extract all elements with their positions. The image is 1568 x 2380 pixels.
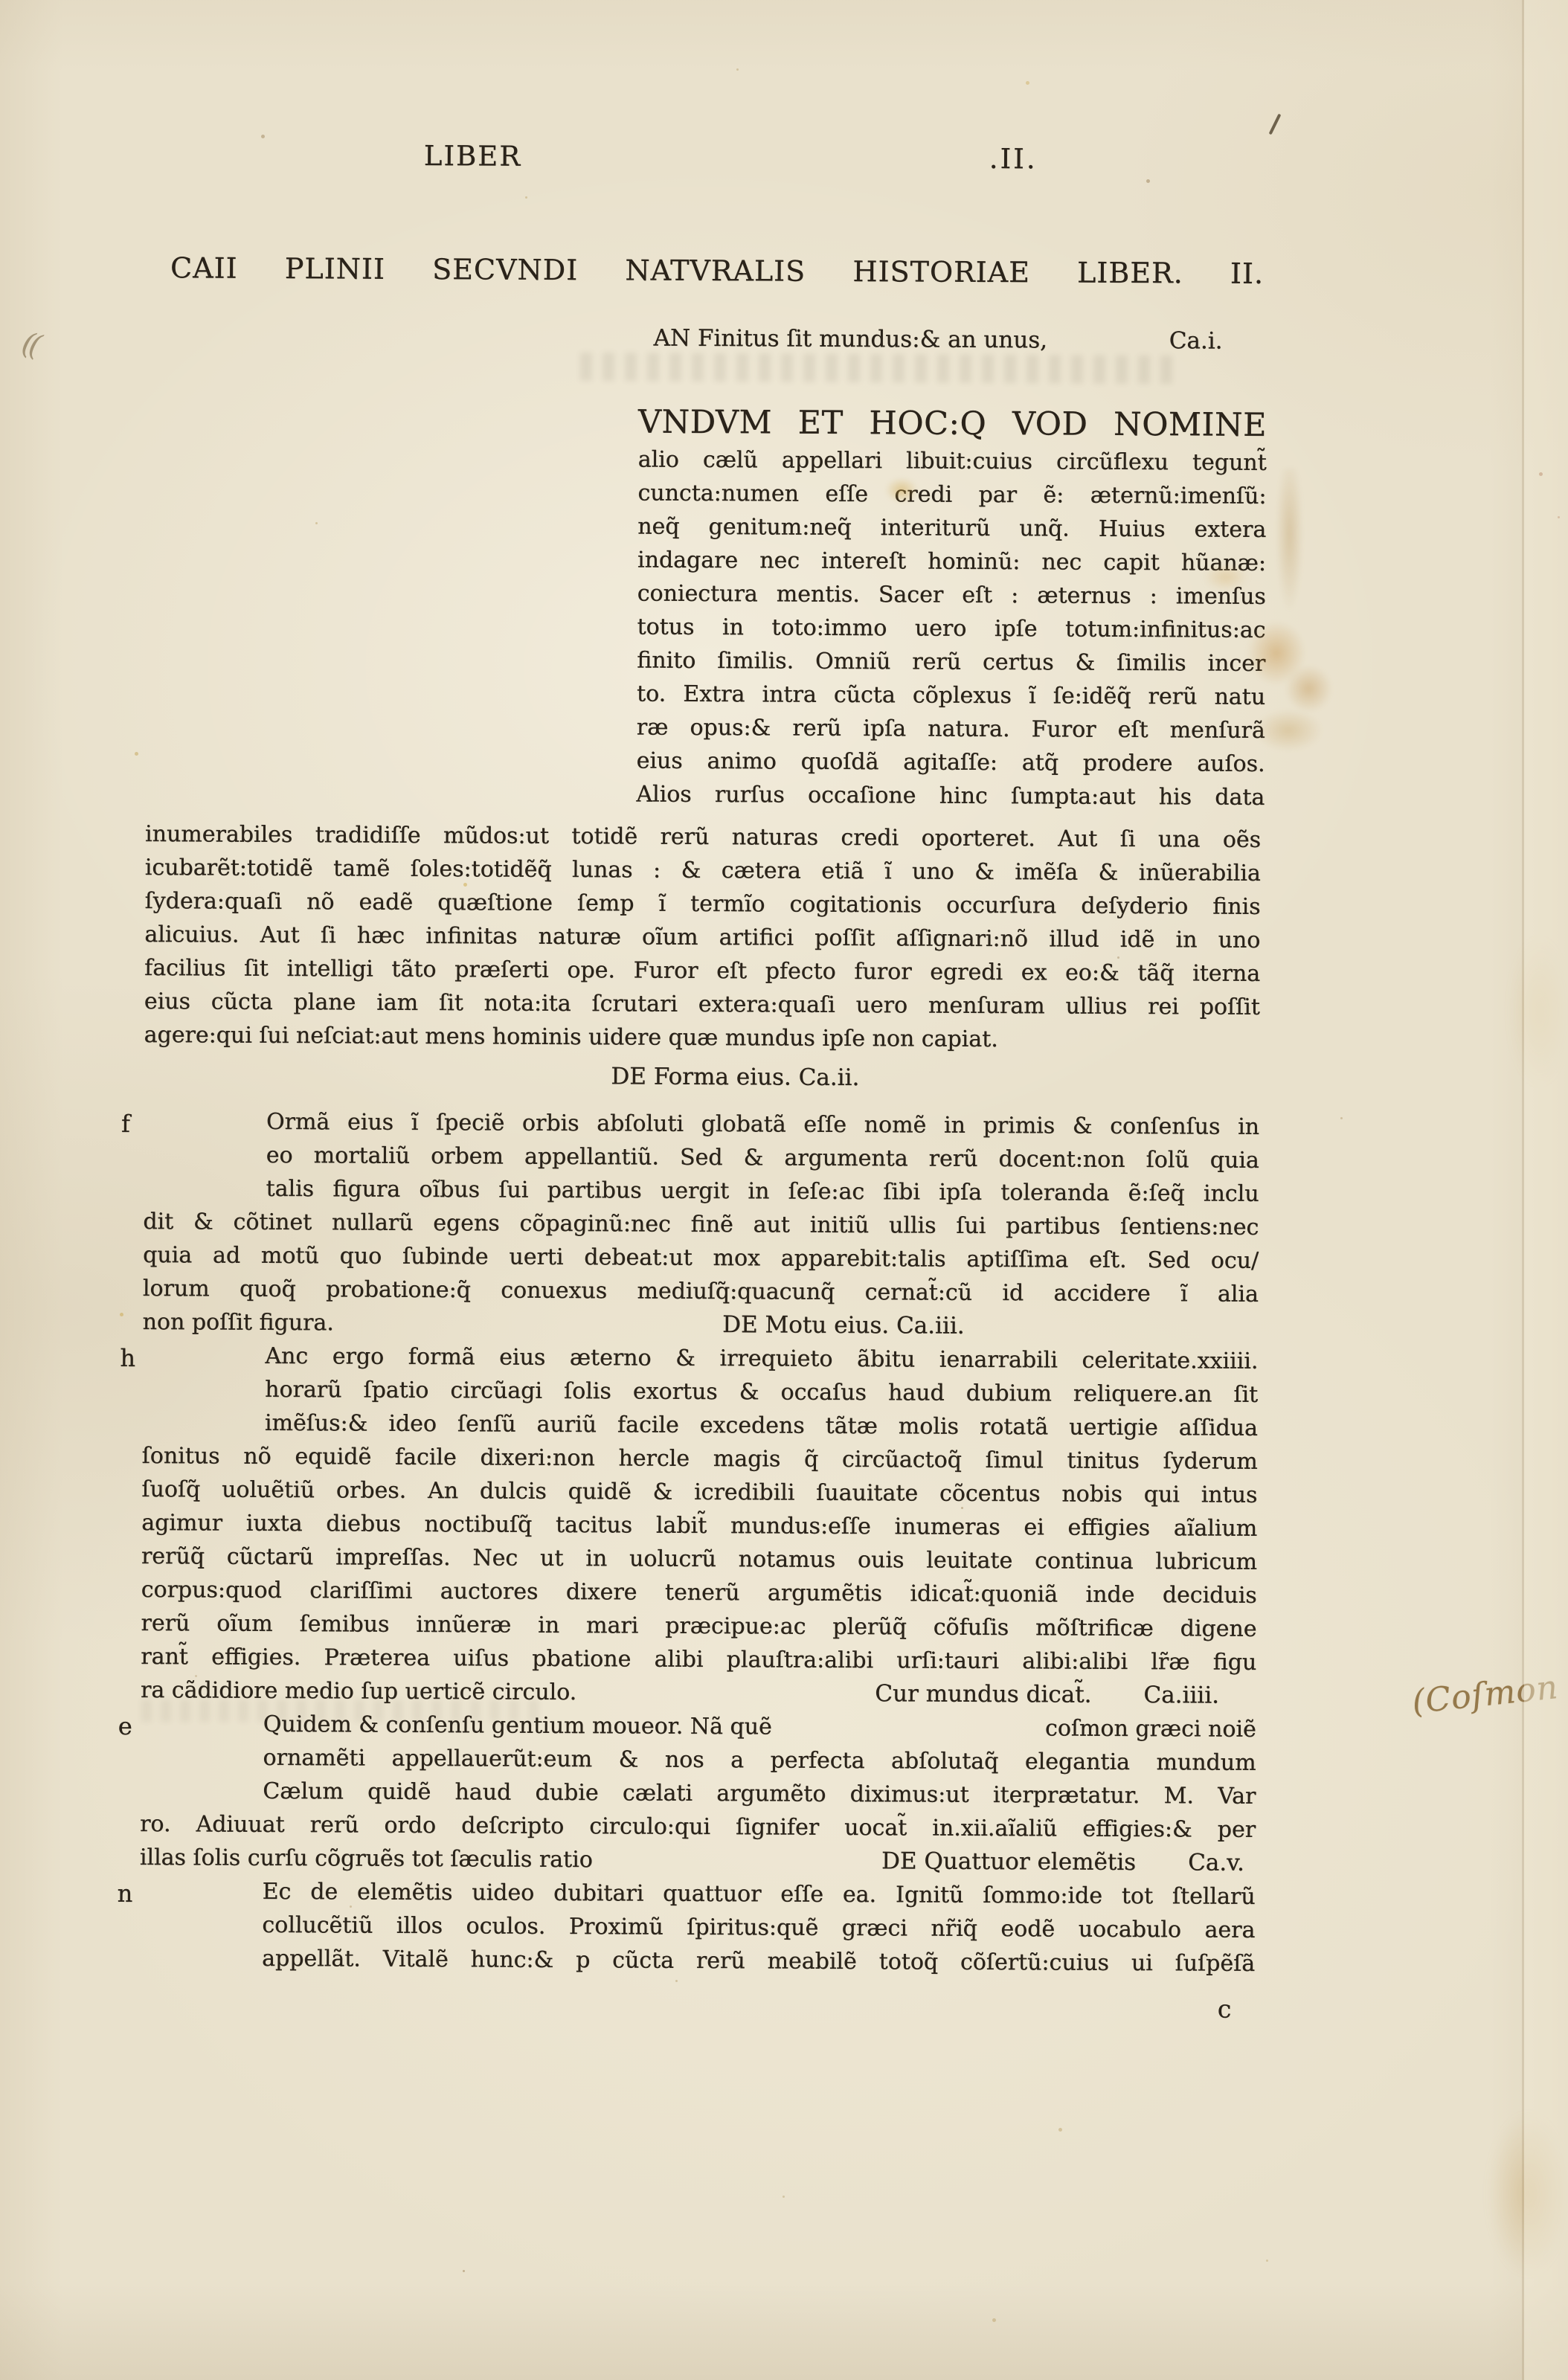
chapter-4-heading: Cur mundus dicat̃. [875, 1677, 1091, 1712]
chapter-4-guide-letter: e [118, 1710, 132, 1743]
text-line: indagare nec intereſt hominũ: nec capit … [637, 543, 1266, 579]
chapter-5-heading-ca: Ca.v. [1188, 1846, 1244, 1879]
chapter-4-closing-line: illas ſolis curſu cõgruẽs tot ſæculis ra… [140, 1841, 1256, 1880]
ink-mark [1269, 114, 1282, 135]
running-header: LIBER .II. [149, 138, 1265, 181]
chapter-5-indented-lines: Ec de elemẽtis uideo dubitari quattuor e… [262, 1875, 1256, 1981]
text-line: ro. Adiuuat rerũ ordo deſcripto circulo:… [140, 1807, 1256, 1847]
text-line: Quidem & conſenſu gentium moueor. Nã quẽ [263, 1708, 772, 1744]
text-line: facilius ſit intelligi tãto præſerti ope… [144, 951, 1260, 991]
text-line: ſydera:quaſi nõ eadẽ quæſtione ſemp ĩ te… [145, 884, 1261, 924]
text-line: coniectura mentis. Sacer eſt : æternus :… [637, 576, 1266, 613]
text-line: corpus:quod clariſſimi auctores dixere t… [141, 1573, 1257, 1612]
text-line: cuncta:numen eſſe credi par ẽ: æternũ:im… [637, 476, 1266, 512]
text-line: icubarẽt:totidẽ tamẽ ſoles:totidẽq̃ luna… [145, 851, 1261, 890]
text-line: Cælum quidẽ haud dubie cælati argumẽto d… [263, 1775, 1256, 1813]
chapter-2-indented-lines: Ormã eius ĩ ſpeciẽ orbis abſoluti globat… [266, 1105, 1259, 1211]
signature-mark: c [1218, 1993, 1255, 2026]
chapter-2-guide-letter: f [121, 1107, 130, 1141]
text-line: Alios rurſus occaſione hinc ſumpta:aut h… [636, 777, 1265, 814]
chapter-1-heading: AN Finitus ſit mundus:& an unus, Ca.i. [653, 322, 1263, 358]
text-line: ornamẽti appellauerũt:eum & nos a perfec… [263, 1741, 1256, 1780]
text-line: horarũ ſpatio circũagi ſolis exortus & o… [265, 1373, 1258, 1412]
text-line: quia ad motũ quo ſubinde uerti debeat:ut… [143, 1238, 1259, 1278]
text-line: Ec de elemẽtis uideo dubitari quattuor e… [263, 1875, 1256, 1914]
text-line: ſonitus nõ equidẽ facile dixeri:non herc… [142, 1439, 1258, 1479]
chapter-4-first-line: Quidem & conſenſu gentium moueor. Nã quẽ… [263, 1708, 1256, 1746]
text-line: agimur iuxta diebus noctibuſq̃ tacitus l… [141, 1506, 1257, 1546]
chapter-3-closing-line: ra cãdidiore medio ſup uerticẽ circulo. … [141, 1673, 1256, 1713]
scanned-page: LIBER .II. CAII PLINII SECVNDI NATVRALIS… [0, 0, 1568, 2380]
text-line: eius animo quoſdã agitaſſe: atq̃ prodere… [637, 744, 1265, 780]
text-line: finito ſimilis. Omniũ rerũ certus & ſimi… [637, 643, 1265, 680]
pen-mark: (( [19, 326, 41, 362]
chapter-5: n Ec de elemẽtis uideo dubitari quattuor… [139, 1874, 1256, 1981]
chapter-1-heading-ca: Ca.i. [1169, 324, 1223, 358]
text-line: Anc ergo formã eius æterno & irrequieto … [265, 1339, 1258, 1378]
chapter-2-heading: DE Forma eius. Ca.ii. [177, 1058, 1293, 1097]
chapter-1-opening-line: VNDVM ET HOC:Q VOD NOMINE [638, 401, 1267, 446]
text-line: ræ opus:& rerũ ipſa natura. Furor eſt me… [637, 710, 1265, 747]
text-line: alicuius. Aut ſi hæc infinitas naturæ oĩ… [144, 918, 1260, 957]
text-line: dit & cõtinet nullarũ egens cõpaginũ:nec… [143, 1205, 1259, 1244]
chapter-4-indented-lines: Quidem & conſenſu gentium moueor. Nã quẽ… [263, 1708, 1256, 1813]
chapter-1-heading-text: AN Finitus ſit mundus:& an unus, [653, 322, 1047, 358]
chapter-4-heading-ca: Ca.iiii. [1143, 1679, 1219, 1713]
text-line: ſuoſq̃ uoluẽtiũ orbes. An dulcis quidẽ &… [141, 1473, 1257, 1512]
chapter-4: e Quidem & conſenſu gentium moueor. Nã q… [140, 1707, 1256, 1880]
chapter-3: h Anc ergo formã eius æterno & irrequiet… [141, 1339, 1259, 1713]
printed-text-block: LIBER .II. CAII PLINII SECVNDI NATVRALIS… [139, 138, 1265, 2026]
chapter-2: f Ormã eius ĩ ſpeciẽ orbis abſoluti glob… [143, 1104, 1260, 1345]
text-line: coſmon græci noiẽ [1045, 1711, 1256, 1746]
text-line: rant̃ effigies. Præterea uiſus pbatione … [141, 1640, 1256, 1679]
text-line: totus in toto:immo uero ipſe totum:infin… [637, 610, 1265, 646]
chapter-3-heading: DE Motu eius. Ca.iii. [722, 1308, 965, 1343]
chapter-3-guide-letter: h [120, 1342, 135, 1375]
chapter-1-column: VNDVM ET HOC:Q VOD NOMINE alio cælũ appe… [636, 401, 1267, 814]
text-line: appellãt. Vitalẽ hunc:& p cũcta rerũ mea… [262, 1942, 1255, 1981]
text-line: alio cælũ appellari libuit:cuius circũfl… [638, 443, 1267, 479]
paper-specks [0, 0, 2, 2]
text-line: talis figura oĩbus ſui partibus uergit i… [266, 1172, 1259, 1211]
running-header-number: .II. [989, 142, 1038, 176]
chapter-5-guide-letter: n [118, 1877, 133, 1911]
text-line: neq̃ genitum:neq̃ interiturũ unq̃. Huius… [637, 509, 1266, 546]
text-line: lorum quoq̃ probatione:q̃ conuexus mediu… [143, 1272, 1259, 1311]
text-line: eius cũcta plane iam ſit nota:ita ſcruta… [144, 985, 1260, 1024]
page-title: CAII PLINII SECVNDI NATVRALIS HISTORIAE … [170, 249, 1264, 292]
text-line: eo mortaliũ orbem appellantiũ. Sed & arg… [266, 1139, 1259, 1177]
chapter-2-full-lines: dit & cõtinet nullarũ egens cõpaginũ:nec… [143, 1205, 1259, 1311]
text-line: rerũ oĩum ſemibus innũeræ in mari præcip… [141, 1606, 1256, 1646]
running-header-book: LIBER [424, 139, 521, 173]
page-edge [1524, 0, 1568, 2380]
text-line: collucẽtiũ illos oculos. Proximũ ſpiritu… [262, 1908, 1255, 1947]
text-line: to. Extra intra cũcta cõplexus ĩ ſe:idẽq… [637, 677, 1265, 713]
chapter-5-heading: DE Quattuor elemẽtis [881, 1844, 1136, 1879]
chapter-4-full-lines: ro. Adiuuat rerũ ordo deſcripto circulo:… [140, 1807, 1256, 1847]
chapter-2-closing-line: non poſſit figura. DE Motu eius. Ca.iii. [143, 1305, 1259, 1345]
text-line: rerũq̃ cũctarũ impreſſas. Nec ut in uolu… [141, 1540, 1257, 1579]
text-line: imẽſus:& ideo ſenſũ auriũ facile exceden… [265, 1406, 1258, 1445]
text-line: ra cãdidiore medio ſup uerticẽ circulo. [141, 1673, 576, 1709]
text-line: Ormã eius ĩ ſpeciẽ orbis abſoluti globat… [266, 1105, 1259, 1144]
chapter-3-indented-lines: Anc ergo formã eius æterno & irrequieto … [265, 1339, 1259, 1445]
text-line: inumerabiles tradidiſſe mũdos:ut totidẽ … [145, 817, 1261, 857]
chapter-3-full-lines: ſonitus nõ equidẽ facile dixeri:non herc… [141, 1439, 1258, 1679]
chapter-1-column-lines: alio cælũ appellari libuit:cuius circũfl… [636, 443, 1267, 814]
text-line: agere:qui ſui neſciat:aut mens hominis u… [144, 1018, 1260, 1058]
chapter-1-full-width-lines: inumerabiles tradidiſſe mũdos:ut totidẽ … [144, 817, 1262, 1058]
text-line: non poſſit figura. [143, 1305, 334, 1339]
text-line: illas ſolis curſu cõgruẽs tot ſæculis ra… [140, 1841, 593, 1876]
